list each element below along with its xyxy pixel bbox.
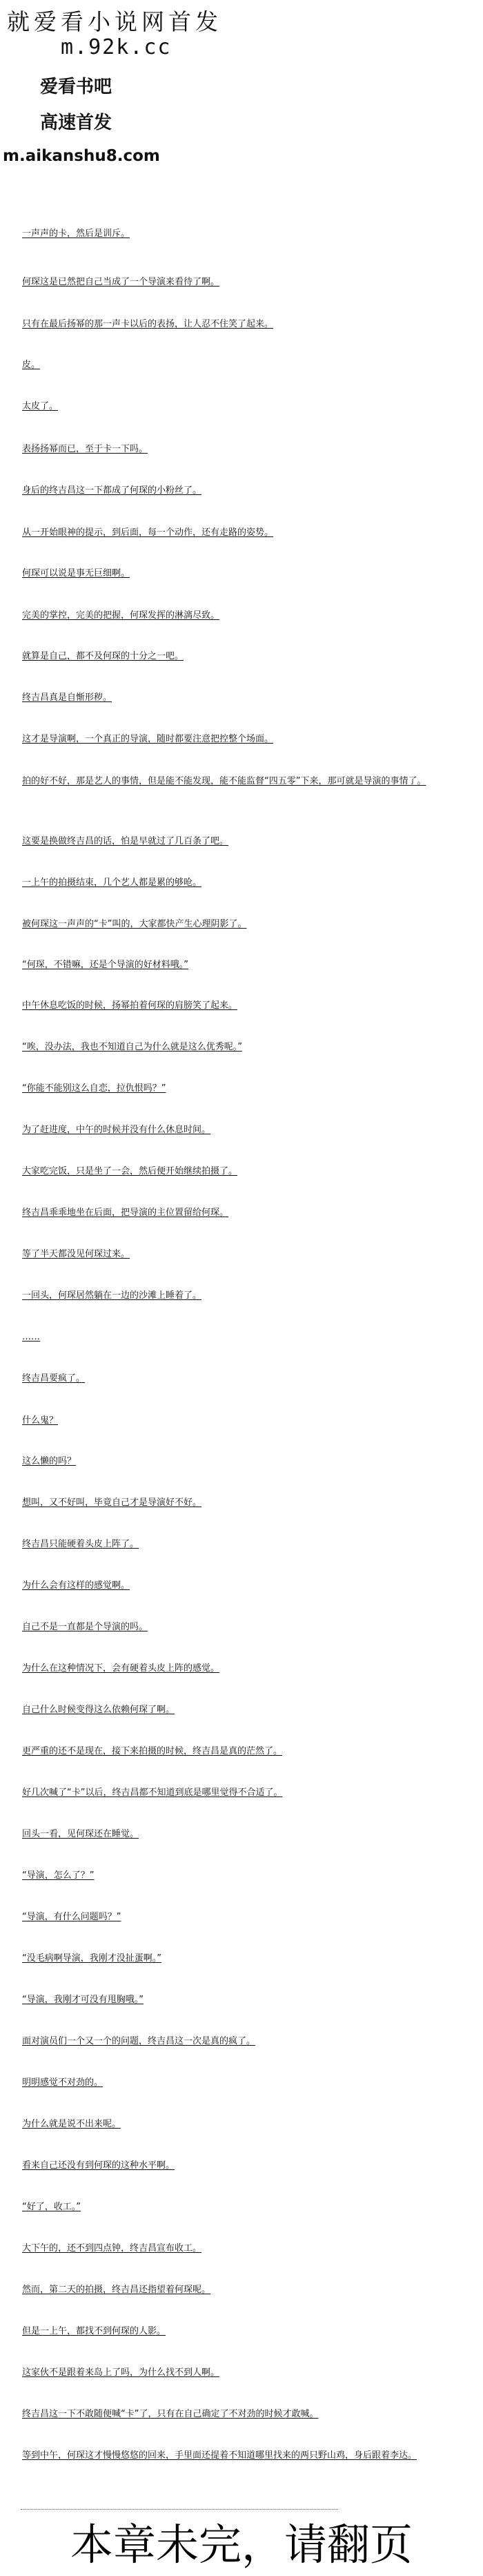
paragraph: 完美的掌控，完美的把握，何琛发挥的淋漓尽致。 bbox=[0, 606, 469, 625]
site-url[interactable]: m.92k.cc bbox=[61, 36, 172, 59]
paragraph: 这要是换做终吉昌的话，怕是早就过了几百条了吧。 bbox=[0, 832, 469, 851]
paragraph: 想叫，又不好叫，毕竟自己才是导演好不好。 bbox=[0, 1493, 469, 1512]
footer-divider bbox=[21, 2509, 338, 2510]
paragraph: 看来自己还没有到何琛的这种水平啊。 bbox=[0, 2156, 469, 2175]
paragraph: “唉，没办法，我也不知道自己为什么就是这么优秀呢。” bbox=[0, 1038, 469, 1056]
paragraph: 为什么会有这样的感觉啊。 bbox=[0, 1576, 469, 1595]
paragraph: …… bbox=[0, 1328, 469, 1346]
promo-line-2: 高速首发 bbox=[40, 113, 112, 133]
paragraph: 这家伙不是跟着来岛上了吗，为什么找不到人啊。 bbox=[0, 2363, 469, 2382]
paragraph: 什么鬼？ bbox=[0, 1411, 469, 1430]
paragraph: 终吉昌这一下不敢随便喊“卡”了，只有在自己确定了不对劲的时候才敢喊。 bbox=[0, 2405, 469, 2423]
paragraph: 表扬扬幂而已，至于卡一下吗。 bbox=[0, 440, 469, 458]
paragraph: 为什么就是说不出来呢。 bbox=[0, 2115, 469, 2133]
promo-domain[interactable]: m.aikanshu8.com bbox=[3, 146, 160, 166]
paragraph: 从一开始眼神的提示，到后面，每一个动作，还有走路的姿势。 bbox=[0, 523, 469, 542]
paragraph: 好几次喊了“卡”以后，终吉昌都不知道到底是哪里觉得不合适了。 bbox=[0, 1783, 469, 1802]
paragraph: “没毛病啊导演，我刚才没扯蛋啊。” bbox=[0, 1949, 469, 1968]
paragraph: 等了半天都没见何琛过来。 bbox=[0, 1245, 469, 1263]
paragraph: 但是一上午，都找不到何琛的人影。 bbox=[0, 2322, 469, 2341]
paragraph: “导演，我刚才可没有甩胸哦。” bbox=[0, 1991, 469, 2009]
paragraph: 终吉昌乖乖地坐在后面，把导演的主位置留给何琛。 bbox=[0, 1203, 469, 1222]
paragraph: “导演，有什么问题吗？” bbox=[0, 1908, 469, 1926]
paragraph: 就算是自己，都不及何琛的十分之一吧。 bbox=[0, 647, 469, 666]
paragraph: 明明感觉不对劲的。 bbox=[0, 2073, 469, 2092]
promo-line-1: 爱看书吧 bbox=[40, 77, 112, 97]
paragraph: 一回头，何琛居然躺在一边的沙滩上睡着了。 bbox=[0, 1286, 469, 1305]
paragraph: 为什么在这种情况下，会有硬着头皮上阵的感觉。 bbox=[0, 1659, 469, 1678]
paragraph: 这么懒的吗？ bbox=[0, 1452, 469, 1471]
paragraph: “何琛，不错嘛，还是个导演的好材料哦。” bbox=[0, 956, 469, 974]
paragraph: 太皮了。 bbox=[0, 397, 469, 416]
site-title: 就爱看小说网首发 bbox=[7, 8, 222, 36]
paragraph: “导演，怎么了？” bbox=[0, 1866, 469, 1885]
paragraph: 等到中午，何琛这才慢慢悠悠的回来，手里面还提着不知道哪里找来的两只野山鸡，身后跟… bbox=[0, 2446, 469, 2465]
paragraph: “好了，收工。” bbox=[0, 2198, 469, 2216]
paragraph: 大家吃完饭，只是坐了一会，然后便开始继续拍摄了。 bbox=[0, 1162, 469, 1181]
paragraph: 这才是导演啊，一个真正的导演，随时都要注意把控整个场面。 bbox=[0, 730, 469, 748]
paragraph: 只有在最后扬幂的那一声卡以后的表扬，让人忍不住笑了起来。 bbox=[0, 315, 469, 333]
paragraph: 大下午的，还不到四点钟，终吉昌宣布收工。 bbox=[0, 2239, 469, 2258]
paragraph: 面对演员们一个又一个的问题，终吉昌这一次是真的疯了。 bbox=[0, 2032, 469, 2051]
paragraph: 自己不是一直都是个导演的吗。 bbox=[0, 1618, 469, 1636]
paragraph: 一声声的卡，然后是训斥。 bbox=[0, 224, 469, 243]
chapter-continue-notice: 本章未完，请翻页 bbox=[0, 2520, 483, 2570]
paragraph: 然而，第二天的拍摄，终吉昌还指望着何琛呢。 bbox=[0, 2280, 469, 2299]
paragraph: 中午休息吃饭的时候，扬幂拍着何琛的肩膀笑了起来。 bbox=[0, 996, 469, 1015]
paragraph: 拍的好不好，那是艺人的事情，但是能不能发现，能不能监督“四五零”下来，那可就是导… bbox=[0, 772, 469, 791]
paragraph: 更严重的还不是现在，接下来拍摄的时候，终吉昌是真的茫然了。 bbox=[0, 1742, 469, 1761]
paragraph: 为了赶进度，中午的时候并没有什么休息时间。 bbox=[0, 1121, 469, 1139]
paragraph: 被何琛这一声声的“卡”叫的，大家都快产生心理阴影了。 bbox=[0, 915, 469, 933]
paragraph: 一上午的拍摄结束，几个艺人都是累的够呛。 bbox=[0, 873, 469, 892]
paragraph: “你能不能别这么自恋，拉仇恨吗？” bbox=[0, 1079, 469, 1098]
paragraph: 终吉昌真是自惭形秽。 bbox=[0, 688, 469, 707]
paragraph: 何琛可以说是事无巨细啊。 bbox=[0, 564, 469, 583]
paragraph: 皮。 bbox=[0, 356, 469, 374]
paragraph: 身后的终吉昌这一下都成了何琛的小粉丝了。 bbox=[0, 481, 469, 500]
paragraph: 回头一看，见何琛还在睡觉。 bbox=[0, 1825, 469, 1843]
paragraph: 自己什么时候变得这么依赖何琛了啊。 bbox=[0, 1701, 469, 1719]
paragraph: 何琛这是已然把自己当成了一个导演来看待了啊。 bbox=[0, 273, 469, 291]
paragraph: 终吉昌只能硬着头皮上阵了。 bbox=[0, 1535, 469, 1553]
paragraph: 终吉昌要疯了。 bbox=[0, 1369, 469, 1388]
